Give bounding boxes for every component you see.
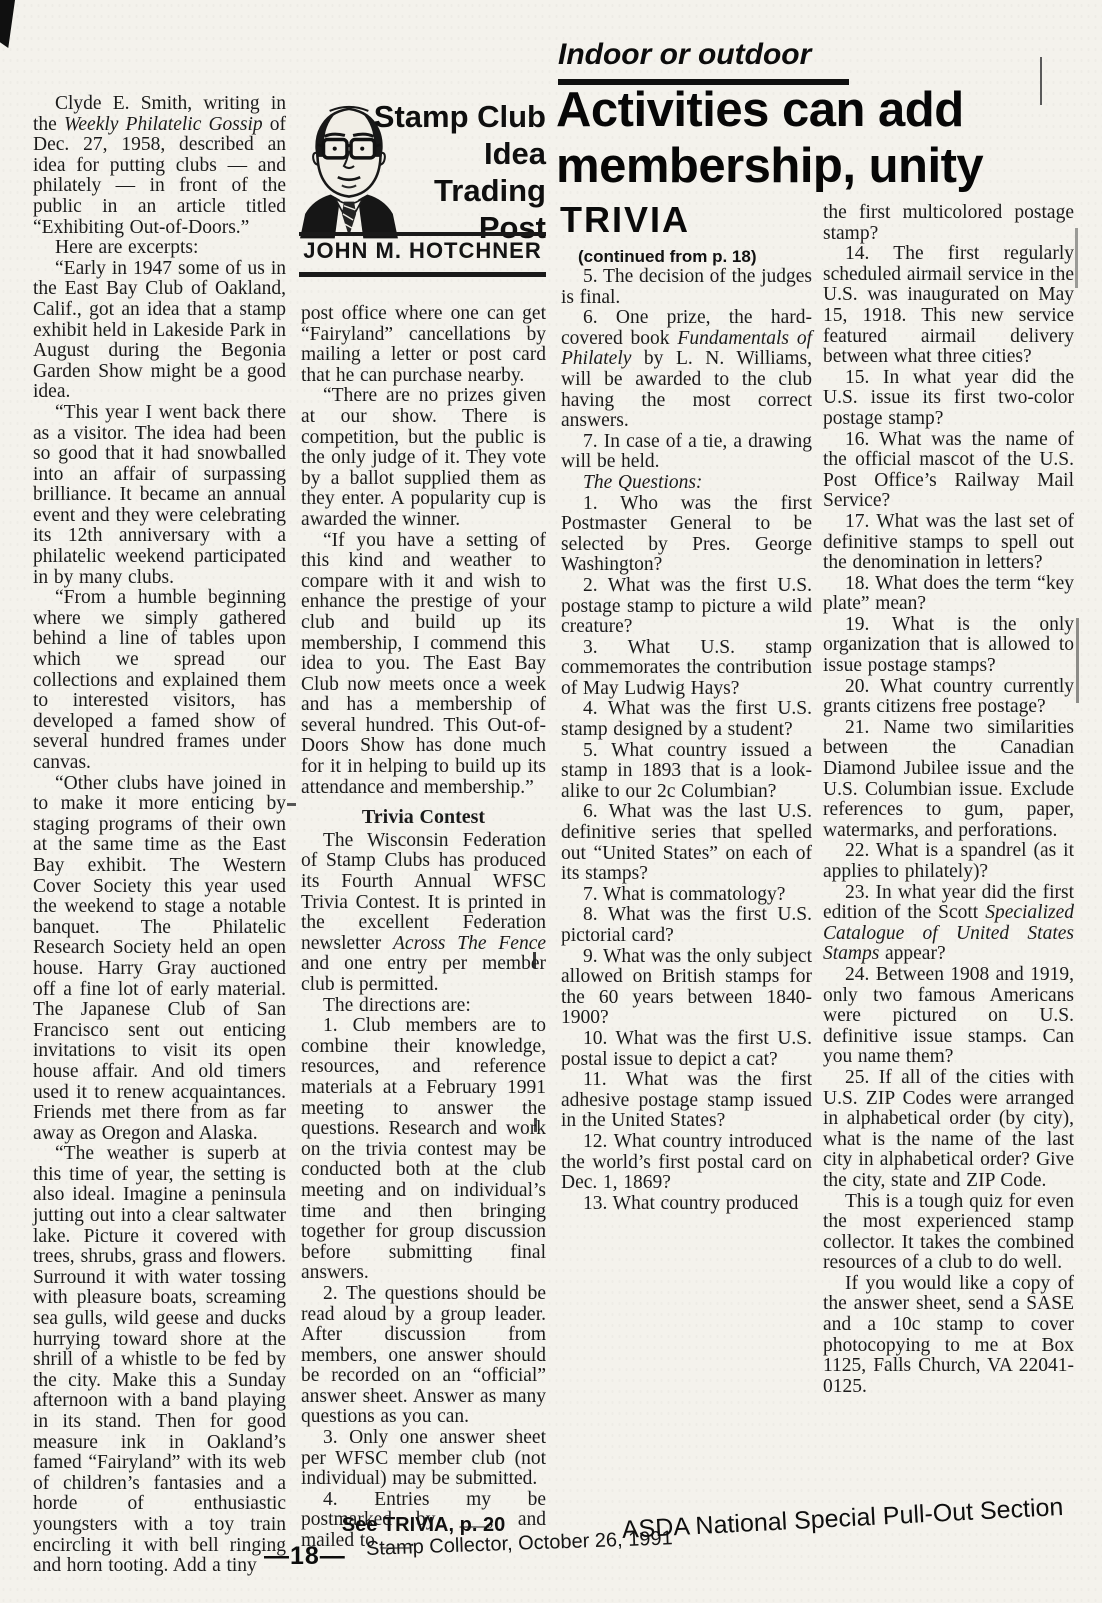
column-header: Stamp Club Idea Trading Post JOHN M. HOT… [299,88,546,293]
article-paragraph: The Wisconsin Federation of Stamp Clubs … [301,831,546,996]
page-number: —18— [264,1542,346,1571]
trivia-item: 9. What was the only subject allowed on … [561,947,812,1029]
article-paragraph: “If you have a setting of this kind and … [301,531,546,799]
trivia-item: 15. In what year did the U.S. issue its … [823,368,1074,430]
scan-artifact-edge [1075,228,1078,288]
scan-artifact-corner [0,0,15,48]
column-title-line: Idea [299,135,546,172]
article-paragraph: “The weather is superb at this time of y… [33,1144,286,1576]
trivia-item: 20. What country currently grants citize… [823,677,1074,718]
column-title: Stamp Club Idea Trading Post [299,98,546,246]
article-paragraph-group: “There are no prizes given at our show. … [301,386,546,798]
article-paragraph: 2. The questions should be read aloud by… [301,1284,546,1428]
kicker: Indoor or outdoor [558,38,849,85]
trivia-item: The Questions: [561,473,812,494]
trivia-item: 4. What was the first U.S. stamp designe… [561,699,812,740]
trivia-item: 1. Who was the first Postmaster General … [561,494,812,576]
trivia-item: 5. What country issued a stamp in 1893 t… [561,741,812,803]
article-paragraph: “This year I went back there as a visito… [33,403,286,588]
trivia-item: 13. What country produced [561,1194,812,1215]
trivia-item: 11. What was the first adhesive postage … [561,1070,812,1132]
trivia-continued-note: (continued from p. 18) [578,247,757,267]
byline: JOHN M. HOTCHNER [299,238,546,264]
newspaper-page: Clyde E. Smith, writing in the Weekly Ph… [0,0,1102,1603]
trivia-item: 3. What U.S. stamp commemorates the cont… [561,638,812,700]
scan-artifact-dash [287,803,296,806]
trivia-item: This is a tough quiz for even the most e… [823,1192,1074,1274]
headline-line: membership, unity [556,139,983,193]
trivia-item: 21. Name two similarities between the Ca… [823,718,1074,842]
trivia-item: 24. Between 1908 and 1919, only two famo… [823,965,1074,1068]
article-paragraph: Clyde E. Smith, writing in the Weekly Ph… [33,94,286,238]
article-paragraph: Here are excerpts: [33,238,286,259]
article-paragraph: 1. Club members are to combine their kno… [301,1016,546,1284]
article-left-column: Clyde E. Smith, writing in the Weekly Ph… [33,94,286,1577]
trivia-column-1: 5. The decision of the judges is final.6… [561,267,812,1214]
trivia-item: 6. One prize, the hard-covered book Fund… [561,308,812,432]
article-middle-column: post office where one can get “Fairyland… [301,304,546,1552]
trivia-item: 23. In what year did the first edition o… [823,883,1074,965]
trivia-item: 12. What country introduced the world’s … [561,1132,812,1194]
scan-artifact-edge [1076,618,1079,703]
trivia-item: 10. What was the first U.S. postal issue… [561,1029,812,1070]
article-paragraph-group: The Wisconsin Federation of Stamp Clubs … [301,831,546,1552]
column-title-line: Trading [299,172,546,209]
subhead-trivia-contest: Trivia Contest [301,807,546,828]
trivia-item: 19. What is the only organization that i… [823,615,1074,677]
headline: Activities can add membership, unity [556,82,1056,194]
trivia-column-2: the first multicolored postage stamp? 14… [823,203,1074,1397]
article-paragraph: “Early in 1947 some of us in the East Ba… [33,259,286,403]
byline-rule-top [299,232,546,236]
trivia-item: 7. What is commatology? [561,885,812,906]
headline-line: Activities can add [556,83,964,137]
trivia-item: 8. What was the first U.S. pictorial car… [561,905,812,946]
trivia-item: 16. What was the name of the official ma… [823,430,1074,512]
column-title-line: Stamp Club [299,98,546,135]
trivia-item: 22. What is a spandrel (as it applies to… [823,841,1074,882]
article-paragraph: “From a humble beginning where we simply… [33,588,286,773]
trivia-item: 14. The first regularly scheduled airmai… [823,244,1074,368]
article-paragraph: The directions are: [301,996,546,1017]
trivia-item: 25. If all of the cities with U.S. ZIP C… [823,1068,1074,1192]
trivia-item-group: 14. The first regularly scheduled airmai… [823,244,1074,1397]
article-paragraph: “There are no prizes given at our show. … [301,386,546,530]
trivia-item: 18. What does the term “key plate” mean? [823,574,1074,615]
article-paragraph: 3. Only one answer sheet per WFSC member… [301,1428,546,1490]
article-paragraph: “Other clubs have joined in to make it m… [33,774,286,1145]
trivia-item: If you would like a copy of the answer s… [823,1274,1074,1398]
trivia-item: 17. What was the last set of definitive … [823,512,1074,574]
article-paragraph: post office where one can get “Fairyland… [301,304,546,386]
byline-rule-bottom [299,272,546,277]
trivia-item: 6. What was the last U.S. definitive ser… [561,802,812,884]
section-label: ASDA National Special Pull-Out Section [621,1493,1064,1545]
trivia-item: 5. The decision of the judges is final. [561,267,812,308]
trivia-item: the first multicolored postage stamp? [823,203,1074,244]
trivia-item: 7. In case of a tie, a drawing will be h… [561,432,812,473]
trivia-title: TRIVIA [560,199,690,241]
trivia-item: 2. What was the first U.S. postage stamp… [561,576,812,638]
